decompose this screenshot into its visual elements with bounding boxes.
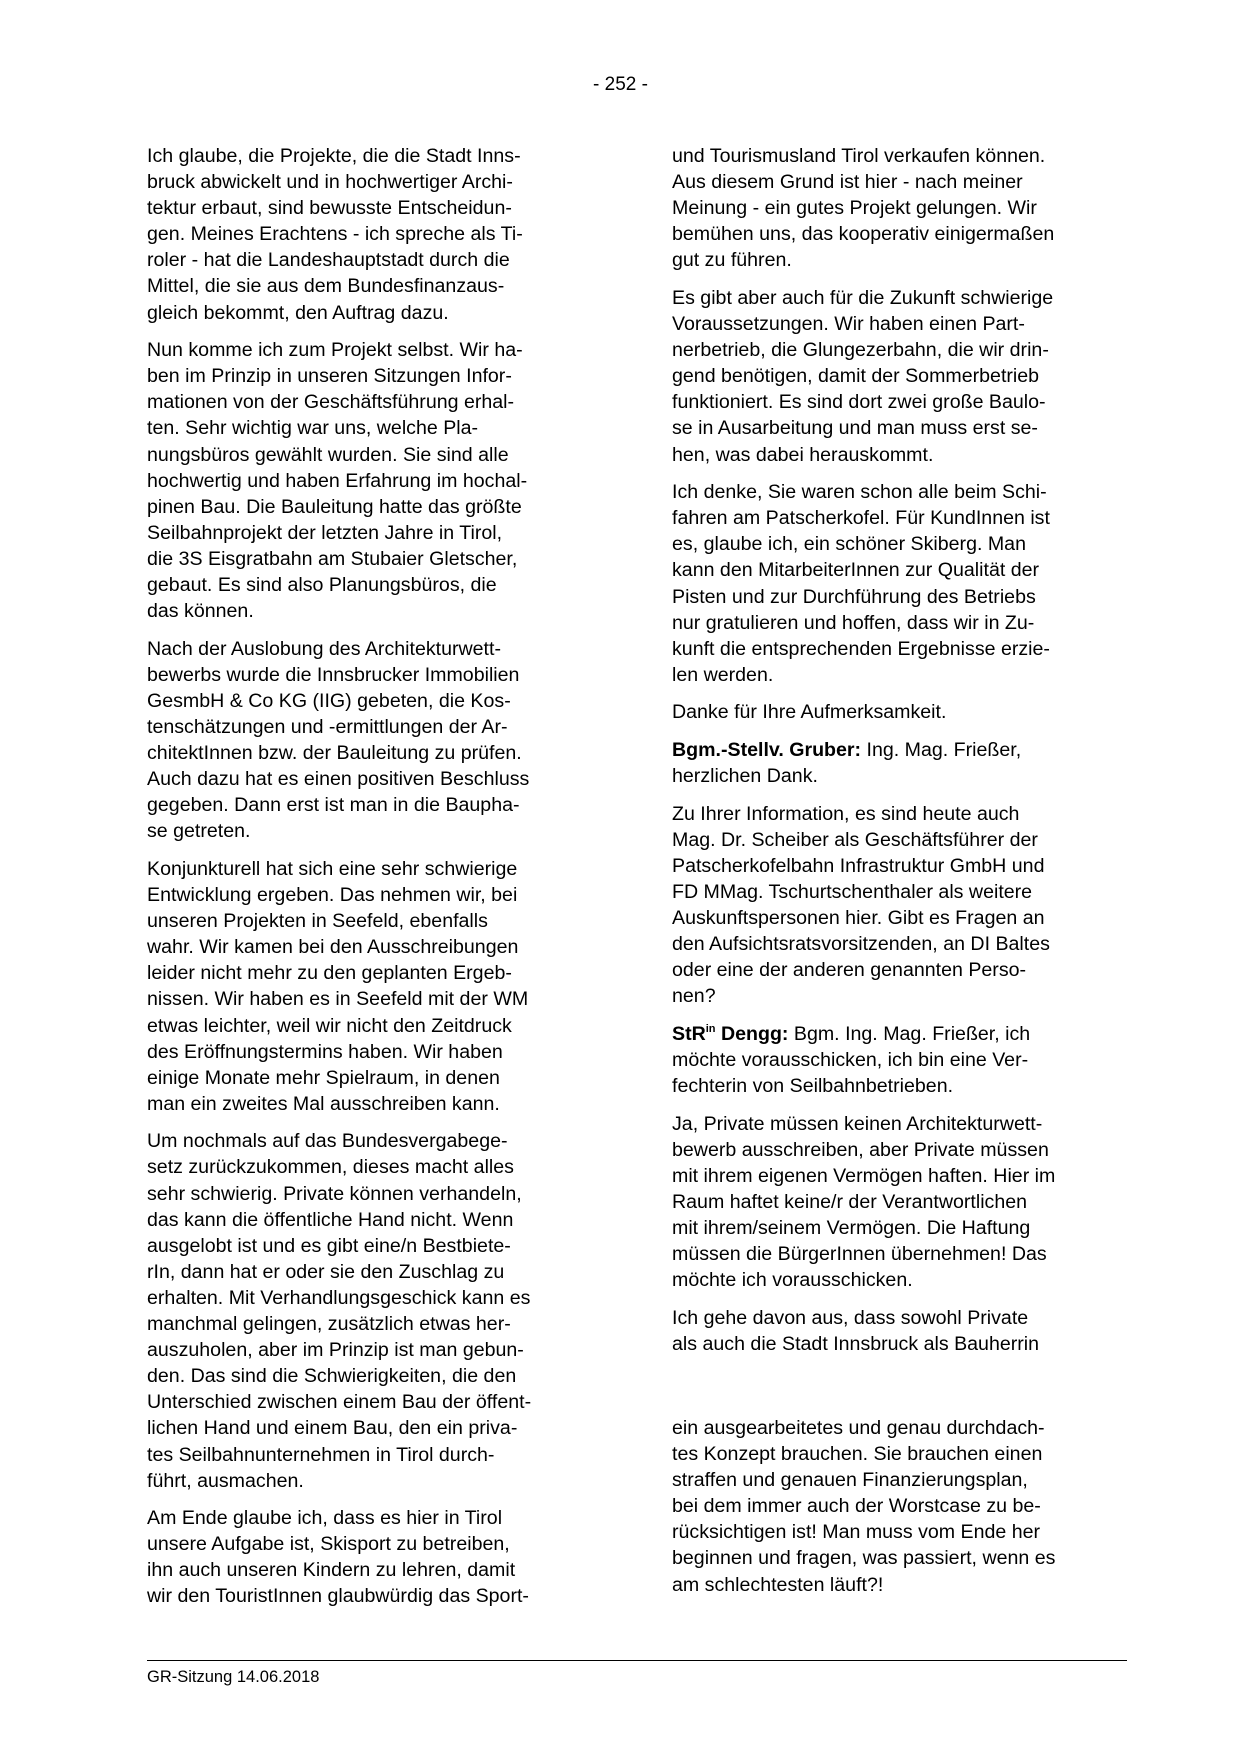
speaker-title-suffix: in [706, 1023, 716, 1035]
right-column-continuation: ein ausgearbeitetes und genau durchdach-… [672, 1415, 1104, 1609]
paragraph: Ich gehe davon aus, dass sowohl Private … [672, 1305, 1104, 1357]
speaker-name: StRin Dengg: [672, 1023, 788, 1045]
paragraph: Nun komme ich zum Projekt selbst. Wir ha… [147, 337, 579, 624]
speaker-paragraph-dengg: StRin Dengg: Bgm. Ing. Mag. Frießer, ich… [672, 1021, 1104, 1099]
paragraph: Nach der Auslobung des Architekturwett- … [147, 636, 579, 845]
paragraph: Ich glaube, die Projekte, die die Stadt … [147, 143, 579, 326]
paragraph: Es gibt aber auch für die Zukunft schwie… [672, 285, 1104, 468]
right-column: und Tourismusland Tirol verkaufen können… [672, 143, 1104, 1369]
paragraph: ein ausgearbeitetes und genau durchdach-… [672, 1415, 1104, 1598]
paragraph: Am Ende glaube ich, dass es hier in Tiro… [147, 1505, 579, 1609]
page-number: - 252 - [0, 73, 1241, 97]
speaker-title: StR [672, 1023, 706, 1045]
paragraph: Ja, Private müssen keinen Architekturwet… [672, 1111, 1104, 1294]
speaker-name: Bgm.-Stellv. Gruber: [672, 739, 861, 761]
speaker-surname: Dengg: [716, 1023, 789, 1045]
footer-session-date: GR-Sitzung 14.06.2018 [147, 1667, 319, 1687]
left-column: Ich glaube, die Projekte, die die Stadt … [147, 143, 579, 1621]
paragraph: und Tourismusland Tirol verkaufen können… [672, 143, 1104, 273]
paragraph: Zu Ihrer Information, es sind heute auch… [672, 801, 1104, 1010]
speaker-paragraph-gruber: Bgm.-Stellv. Gruber: Ing. Mag. Frießer, … [672, 737, 1104, 789]
paragraph: Konjunkturell hat sich eine sehr schwier… [147, 856, 579, 1117]
paragraph: Ich denke, Sie waren schon alle beim Sch… [672, 479, 1104, 688]
paragraph: Danke für Ihre Aufmerksamkeit. [672, 699, 1104, 725]
footer-divider [147, 1660, 1127, 1661]
paragraph: Um nochmals auf das Bundesvergabege- set… [147, 1128, 579, 1493]
